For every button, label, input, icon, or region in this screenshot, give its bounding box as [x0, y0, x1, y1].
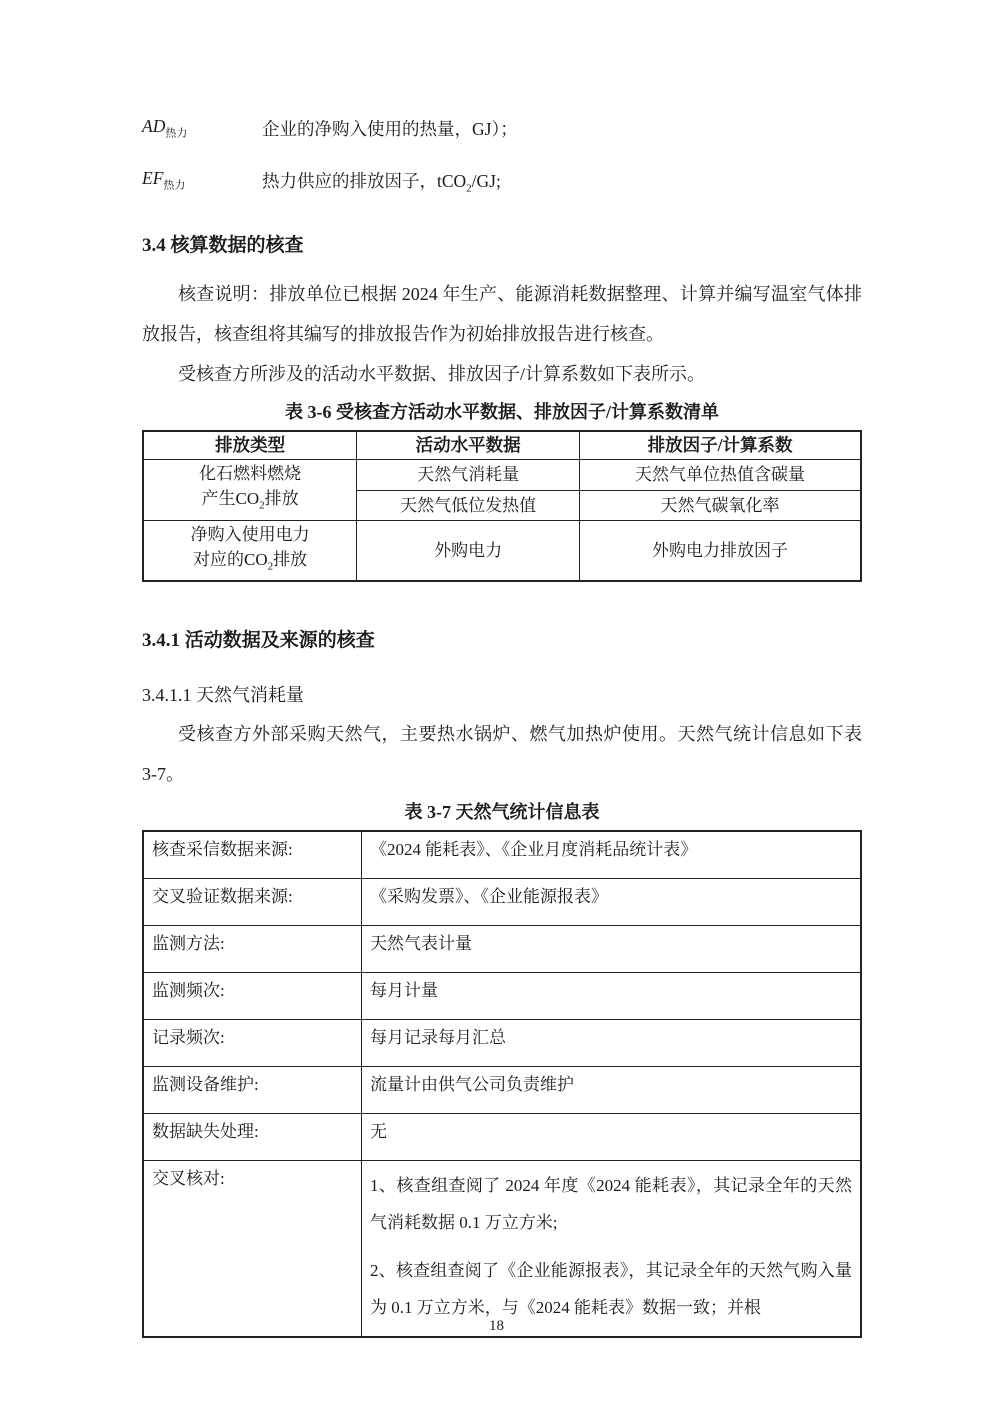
table-3-7-title: 表 3-7 天然气统计信息表 — [142, 797, 862, 827]
term-ad-subscript: 热力 — [165, 128, 187, 140]
table-row: 净购入使用电力 对应的CO2排放 外购电力 外购电力排放因子 — [143, 520, 861, 581]
table-3-6-cell-heating-value: 天然气低位发热值 — [357, 490, 580, 520]
table-3-7-value-cross-validation-source: 《采购发票》、《企业能源报表》 — [362, 878, 861, 925]
table-3-6-header-row: 排放类型 活动水平数据 排放因子/计算系数 — [143, 431, 861, 460]
fossil-fuel-line1: 化石燃料燃烧 — [148, 461, 352, 486]
table-3-6-title: 表 3-6 受核查方活动水平数据、排放因子/计算系数清单 — [142, 397, 862, 427]
table-3-7-label-monitoring-frequency: 监测频次: — [143, 972, 362, 1019]
fossil-fuel-line2-post: 排放 — [265, 489, 299, 508]
table-3-7-label-monitoring-method: 监测方法: — [143, 925, 362, 972]
section-3-4-heading: 3.4 核算数据的核查 — [142, 233, 862, 259]
table-row: 监测频次: 每月计量 — [143, 972, 861, 1019]
purchased-power-line2: 对应的CO2排放 — [148, 547, 352, 579]
table-3-6-header-emission-type: 排放类型 — [143, 431, 357, 460]
term-ef-desc-post: /GJ; — [472, 171, 501, 191]
table-3-6-cell-fossil-fuel: 化石燃料燃烧 产生CO2排放 — [143, 459, 357, 520]
table-3-6-cell-purchased-power: 净购入使用电力 对应的CO2排放 — [143, 520, 357, 581]
table-3-7-value-cross-check: 1、核查组查阅了 2024 年度《2024 能耗表》，其记录全年的天然气消耗数据… — [362, 1160, 861, 1337]
term-ef-subscript: 热力 — [163, 180, 185, 192]
term-ad-description: 企业的净购入使用的热量，GJ）； — [262, 116, 518, 141]
table-3-6-cell-electricity-factor: 外购电力排放因子 — [580, 520, 861, 581]
table-row: 核查采信数据来源: 《2024 能耗表》、《企业月度消耗品统计表》 — [143, 831, 861, 879]
table-3-6-cell-gas-consumption: 天然气消耗量 — [357, 459, 580, 490]
section-3-4-paragraph-1: 核查说明：排放单位已根据 2024 年生产、能源消耗数据整理、计算并编写温室气体… — [142, 274, 862, 354]
page-number: 18 — [0, 1318, 993, 1335]
term-ef: EF热力 — [142, 168, 262, 193]
section-3-4-1-1-heading: 3.4.1.1 天然气消耗量 — [142, 682, 862, 708]
table-3-7-value-monitoring-method: 天然气表计量 — [362, 925, 861, 972]
cross-check-item-2: 2、核查组查阅了《企业能源报表》，其记录全年的天然气购入量为 0.1 万立方米，… — [370, 1252, 852, 1327]
table-row: 监测方法: 天然气表计量 — [143, 925, 861, 972]
table-3-7-label-cross-check: 交叉核对: — [143, 1160, 362, 1337]
table-3-7-label-data-source: 核查采信数据来源: — [143, 831, 362, 879]
table-3-6-cell-carbon-content: 天然气单位热值含碳量 — [580, 459, 861, 490]
table-3-7-value-equipment-maintenance: 流量计由供气公司负责维护 — [362, 1066, 861, 1113]
term-ad: AD热力 — [142, 116, 262, 141]
table-3-6-header-activity-data: 活动水平数据 — [357, 431, 580, 460]
fossil-fuel-line2: 产生CO2排放 — [148, 486, 352, 518]
purchased-power-line1: 净购入使用电力 — [148, 522, 352, 547]
table-3-6: 排放类型 活动水平数据 排放因子/计算系数 化石燃料燃烧 产生CO2排放 天然气… — [142, 430, 862, 582]
document-page: AD热力 企业的净购入使用的热量，GJ）； EF热力 热力供应的排放因子，tCO… — [0, 0, 993, 1404]
table-3-6-header-emission-factor: 排放因子/计算系数 — [580, 431, 861, 460]
table-3-7-value-monitoring-frequency: 每月计量 — [362, 972, 861, 1019]
table-row: 交叉验证数据来源: 《采购发票》、《企业能源报表》 — [143, 878, 861, 925]
table-3-6-cell-oxidation-rate: 天然气碳氧化率 — [580, 490, 861, 520]
table-row: 化石燃料燃烧 产生CO2排放 天然气消耗量 天然气单位热值含碳量 — [143, 459, 861, 490]
term-ef-base: EF — [142, 168, 163, 188]
term-ef-description: 热力供应的排放因子，tCO2/GJ; — [262, 168, 501, 195]
table-3-7-value-record-frequency: 每月记录每月汇总 — [362, 1019, 861, 1066]
table-3-6-cell-purchased-electricity: 外购电力 — [357, 520, 580, 581]
purchased-power-line2-post: 排放 — [273, 550, 307, 569]
table-3-7-value-missing-data-handling: 无 — [362, 1113, 861, 1160]
cross-check-item-1: 1、核查组查阅了 2024 年度《2024 能耗表》，其记录全年的天然气消耗数据… — [370, 1167, 852, 1242]
term-ad-base: AD — [142, 116, 165, 136]
section-3-4-1-1-paragraph: 受核查方外部采购天然气，主要热水锅炉、燃气加热炉使用。天然气统计信息如下表 3-… — [142, 714, 862, 794]
table-row: 记录频次: 每月记录每月汇总 — [143, 1019, 861, 1066]
fossil-fuel-line2-pre: 产生CO — [202, 489, 260, 508]
table-3-7-label-cross-validation-source: 交叉验证数据来源: — [143, 878, 362, 925]
table-row: 交叉核对: 1、核查组查阅了 2024 年度《2024 能耗表》，其记录全年的天… — [143, 1160, 861, 1337]
table-3-7: 核查采信数据来源: 《2024 能耗表》、《企业月度消耗品统计表》 交叉验证数据… — [142, 830, 862, 1339]
purchased-power-line2-pre: 对应的CO — [193, 550, 268, 569]
definition-row-ef: EF热力 热力供应的排放因子，tCO2/GJ; — [142, 168, 862, 195]
definition-row-ad: AD热力 企业的净购入使用的热量，GJ）； — [142, 116, 862, 141]
table-3-7-value-data-source: 《2024 能耗表》、《企业月度消耗品统计表》 — [362, 831, 861, 879]
table-3-7-label-missing-data-handling: 数据缺失处理: — [143, 1113, 362, 1160]
term-ef-desc-pre: 热力供应的排放因子，tCO — [262, 171, 466, 191]
table-3-7-label-record-frequency: 记录频次: — [143, 1019, 362, 1066]
section-3-4-paragraph-2: 受核查方所涉及的活动水平数据、排放因子/计算系数如下表所示。 — [142, 354, 862, 394]
table-row: 监测设备维护: 流量计由供气公司负责维护 — [143, 1066, 861, 1113]
table-3-7-label-equipment-maintenance: 监测设备维护: — [143, 1066, 362, 1113]
section-3-4-1-heading: 3.4.1 活动数据及来源的核查 — [142, 628, 862, 654]
table-row: 数据缺失处理: 无 — [143, 1113, 861, 1160]
